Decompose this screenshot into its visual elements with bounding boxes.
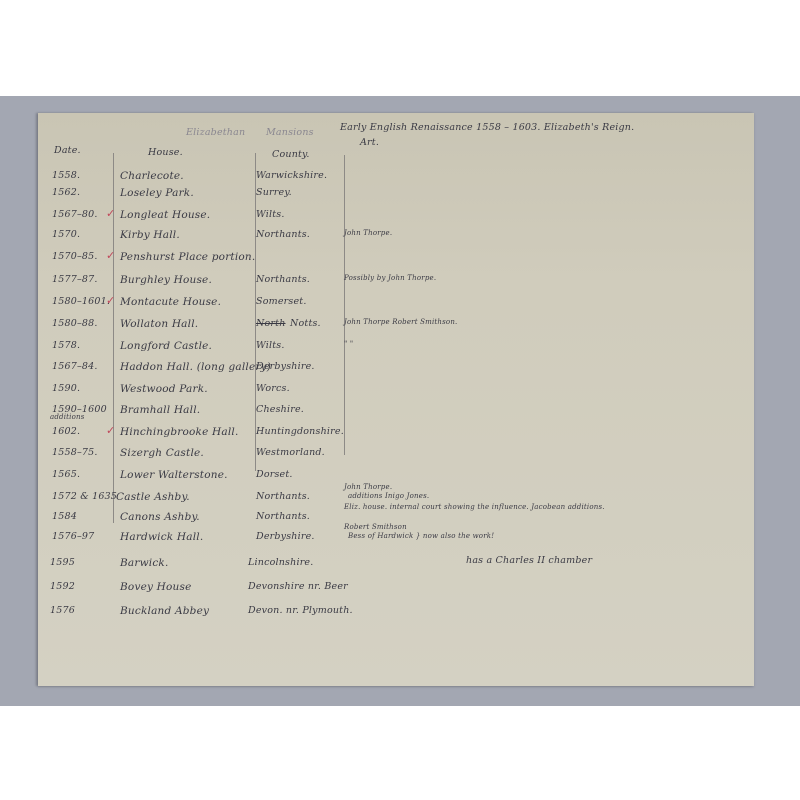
row-house: Bovey House [120,581,192,593]
header-county: County. [272,149,310,160]
row-date: 1578. [52,340,80,351]
title-period: Early English Renaissance 1558 – 1603. E… [340,122,634,133]
row-date: 1595 [50,557,75,568]
row-county: Somerset. [256,296,307,307]
row-county: Devon. nr. Plymouth. [248,605,353,616]
row-house: Lower Walterstone. [120,469,228,481]
row-county: Derbyshire. [256,361,315,372]
row-date: 1570–85. [52,251,98,262]
row-note: Robert Smithson [344,523,407,531]
row-date: 1580–88. [52,318,98,329]
row-date: 1584 [52,511,77,522]
row-house: Hardwick Hall. [120,531,203,543]
row-house: Penshurst Place portion. [120,251,255,263]
row-house: Barwick. [120,557,169,569]
row-county-struck: North [256,318,286,329]
row-date: 1592 [50,581,75,592]
row-date: 1572 & 1635 [52,491,117,502]
row-house: Burghley House. [120,274,212,286]
divider-house-county [255,153,256,471]
row-date: 1576–97 [52,531,94,542]
row-county: Warwickshire. [256,170,327,181]
row-house: Castle Ashby. [116,491,190,503]
row-note: John Thorpe Robert Smithson. [344,318,457,326]
title-art: Art. [360,137,379,148]
row-date: 1558–75. [52,447,98,458]
row-house: Charlecote. [120,170,184,182]
row-note: Eliz. house. internal court showing the … [344,503,605,511]
title-elizabethan: Elizabethan [186,127,245,138]
row-note: John Thorpe. [344,229,392,237]
row-date: 1570. [52,229,80,240]
row-county: Lincolnshire. [248,557,313,568]
row-date: 1576 [50,605,75,616]
red-check-icon: ✓ [106,294,115,307]
row-house: Kirby Hall. [120,229,180,241]
row-house: Longford Castle. [120,340,212,352]
row-note: Possibly by John Thorpe. [344,274,436,282]
row-house: Hinchingbrooke Hall. [120,426,239,438]
row-date: 1558. [52,170,80,181]
row-house: Canons Ashby. [120,511,200,523]
row-note: John Thorpe. [344,483,392,491]
row-house: Westwood Park. [120,383,208,395]
row-note: additions Inigo Jones. [348,492,429,500]
row-house: Haddon Hall. (long gallery) [120,361,271,373]
row-date: 1602. [52,426,80,437]
row-date: 1562. [52,187,80,198]
row-county: Dorset. [256,469,293,480]
row-house: Montacute House. [120,296,221,308]
header-house: House. [148,147,183,158]
red-check-icon: ✓ [106,249,115,262]
row-county: Worcs. [256,383,290,394]
row-house: Sizergh Castle. [120,447,204,459]
row-house: Loseley Park. [120,187,194,199]
red-check-icon: ✓ [106,424,115,437]
row-date-note: additions [50,413,85,421]
row-county: Wilts. [256,209,285,220]
side-note: has a Charles II chamber [466,555,592,566]
row-county: Northants. [256,274,310,285]
row-county: Cheshire. [256,404,304,415]
row-county: Wilts. [256,340,285,351]
red-check-icon: ✓ [106,207,115,220]
title-mansions: Mansions [266,127,314,138]
row-date: 1567–80. [52,209,98,220]
header-date: Date. [54,145,81,156]
row-date: 1565. [52,469,80,480]
row-county: Surrey. [256,187,292,198]
row-county: Northants. [256,491,310,502]
row-county: Northants. [256,229,310,240]
row-date: 1567–84. [52,361,98,372]
row-county: Devonshire nr. Beer [248,581,348,592]
row-date: 1580–1601. [52,296,110,307]
row-note: " " [344,340,353,348]
row-county: Derbyshire. [256,531,315,542]
row-note: Bess of Hardwick } now also the work! [348,532,494,540]
row-house: Wollaton Hall. [120,318,198,330]
row-county: Notts. [290,318,321,329]
row-county: Huntingdonshire. [256,426,344,437]
row-house: Bramhall Hall. [120,404,200,416]
row-house: Longleat House. [120,209,210,221]
row-county: Westmorland. [256,447,325,458]
row-house: Buckland Abbey [120,605,209,617]
row-date: 1590. [52,383,80,394]
row-county: Northants. [256,511,310,522]
row-date: 1577–87. [52,274,98,285]
divider-county-notes [344,155,345,455]
document-page: Elizabethan Mansions Early English Renai… [38,113,754,686]
